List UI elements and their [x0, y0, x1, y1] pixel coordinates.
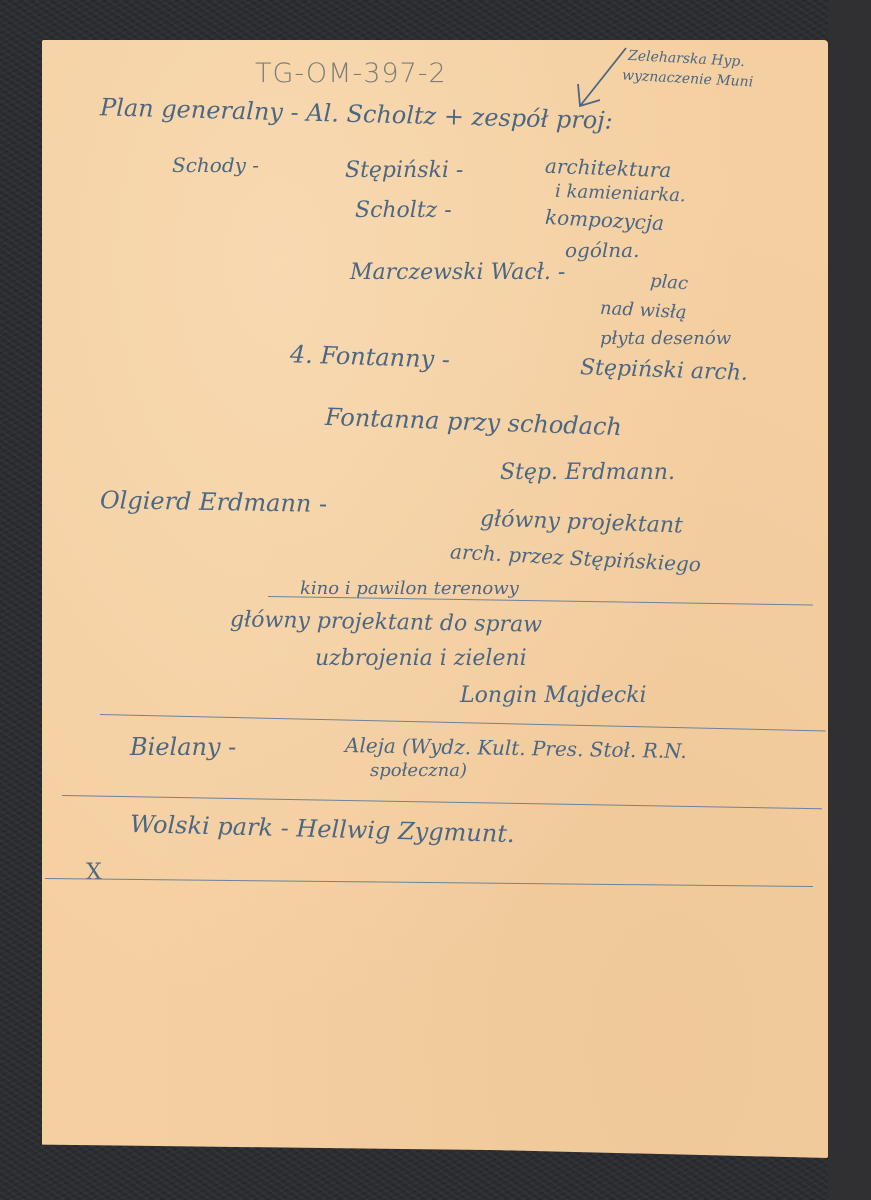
kino-note: kino i pawilon terenowy — [300, 580, 519, 598]
fontanna-names: Stęp. Erdmann. — [500, 462, 675, 484]
schody-stepinski-role-a: architektura — [545, 156, 672, 180]
schody-marczewski: Marczewski Wacł. - — [350, 262, 565, 284]
schody-scholtz-role-b: ogólna. — [565, 240, 639, 260]
erdmann-line: Olgierd Erdmann - — [100, 488, 328, 516]
fontanny-label: 4. Fontanny - — [290, 342, 451, 372]
arrow-icon — [560, 44, 640, 114]
schody-scholtz: Scholtz - — [355, 200, 452, 222]
glowny-projektant-line: główny projektant do spraw — [230, 609, 542, 636]
bielany-sub: społeczna) — [370, 762, 467, 780]
schody-marczewski-role-b: nad wisłą — [600, 300, 687, 323]
schody-marczewski-role-c: płyta desenów — [600, 330, 731, 348]
schody-label: Schody - — [172, 155, 259, 175]
majdecki-name: Longin Majdecki — [460, 685, 647, 707]
bielany-text: Aleja (Wydz. Kult. Pres. Stoł. R.N. — [345, 735, 687, 761]
x-mark: X — [86, 862, 102, 884]
schody-stepinski-role-b: i kamieniarka. — [555, 183, 686, 206]
bielany-label: Bielany - — [130, 735, 236, 759]
fontanny-stepinski: Stępiński arch. — [580, 357, 749, 385]
schody-stepinski: Stępiński - — [345, 160, 463, 182]
schody-marczewski-role-a: plac — [649, 273, 688, 294]
schody-scholtz-role-a: kompozycja — [545, 207, 665, 233]
archive-signature: TG-OM-397-2 — [255, 58, 447, 89]
binder-spine — [828, 0, 871, 1200]
uzbrojenie-line: uzbrojenia i zieleni — [315, 648, 527, 670]
